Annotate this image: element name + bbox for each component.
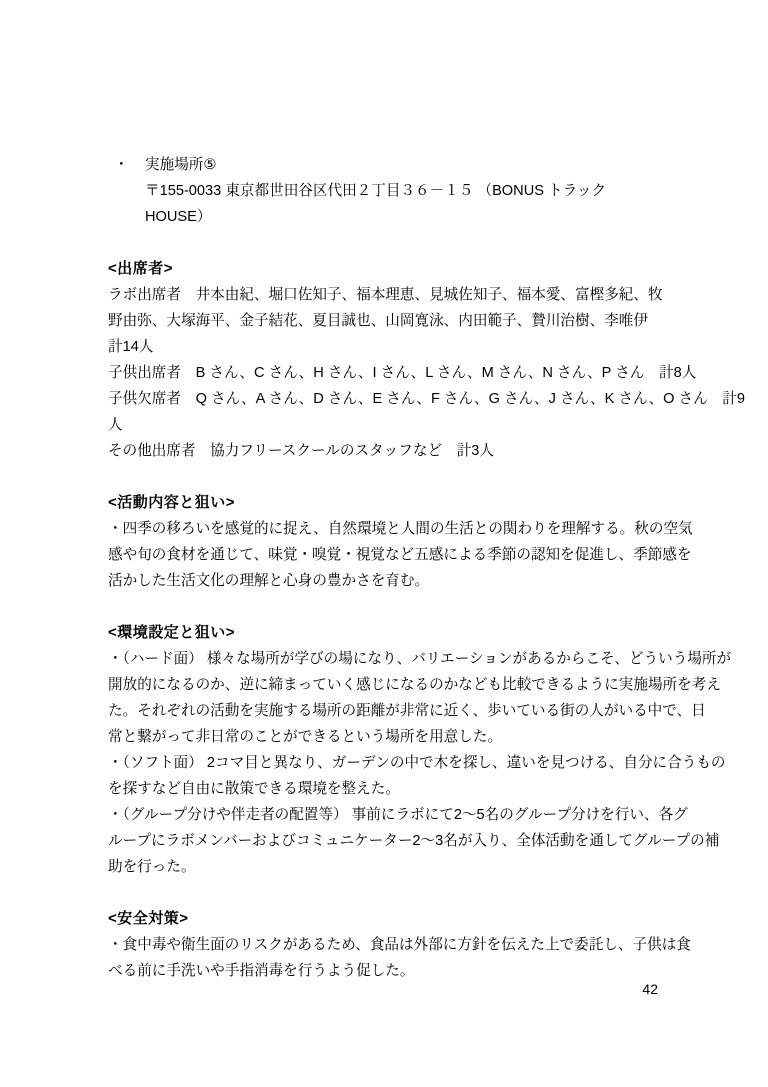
attendees-heading: <出席者> — [108, 256, 668, 282]
activity-section: <活動内容と狙い> ・四季の移ろいを感覚的に捉え、自然環境と人間の生活との関わり… — [108, 490, 668, 594]
environment-body: ・（ハード面） 様々な場所が学びの場になり、バリエーションがあるからこそ、どうい… — [108, 646, 668, 880]
bullet-icon: ・ — [114, 152, 129, 178]
page-number: 42 — [642, 980, 658, 998]
safety-heading: <安全対策> — [108, 906, 668, 932]
location-item: ・ 実施場所⑤ 〒155-0033 東京都世田谷区代田２丁目３６－１５ （BON… — [108, 152, 668, 230]
safety-body: ・食中毒や衛生面のリスクがあるため、食品は外部に方針を伝えた上で委託し、子供は食… — [108, 932, 668, 984]
document-page: ・ 実施場所⑤ 〒155-0033 東京都世田谷区代田２丁目３６－１５ （BON… — [0, 0, 768, 1087]
location-body: 実施場所⑤ 〒155-0033 東京都世田谷区代田２丁目３６－１５ （BONUS… — [145, 152, 668, 230]
safety-section: <安全対策> ・食中毒や衛生面のリスクがあるため、食品は外部に方針を伝えた上で委… — [108, 906, 668, 984]
environment-section: <環境設定と狙い> ・（ハード面） 様々な場所が学びの場になり、バリエーションが… — [108, 620, 668, 880]
activity-heading: <活動内容と狙い> — [108, 490, 668, 516]
document-content: ・ 実施場所⑤ 〒155-0033 東京都世田谷区代田２丁目３６－１５ （BON… — [108, 152, 668, 984]
location-title: 実施場所⑤ — [145, 152, 668, 178]
activity-body: ・四季の移ろいを感覚的に捉え、自然環境と人間の生活との関わりを理解する。秋の空気… — [108, 516, 668, 594]
location-address: 〒155-0033 東京都世田谷区代田２丁目３６－１５ （BONUS トラックH… — [145, 178, 668, 230]
attendees-body: ラボ出席者 井本由紀、堀口佐知子、福本理恵、見城佐知子、福本愛、富樫多紀、牧野由… — [108, 282, 668, 464]
environment-heading: <環境設定と狙い> — [108, 620, 668, 646]
attendees-section: <出席者> ラボ出席者 井本由紀、堀口佐知子、福本理恵、見城佐知子、福本愛、富樫… — [108, 256, 668, 464]
